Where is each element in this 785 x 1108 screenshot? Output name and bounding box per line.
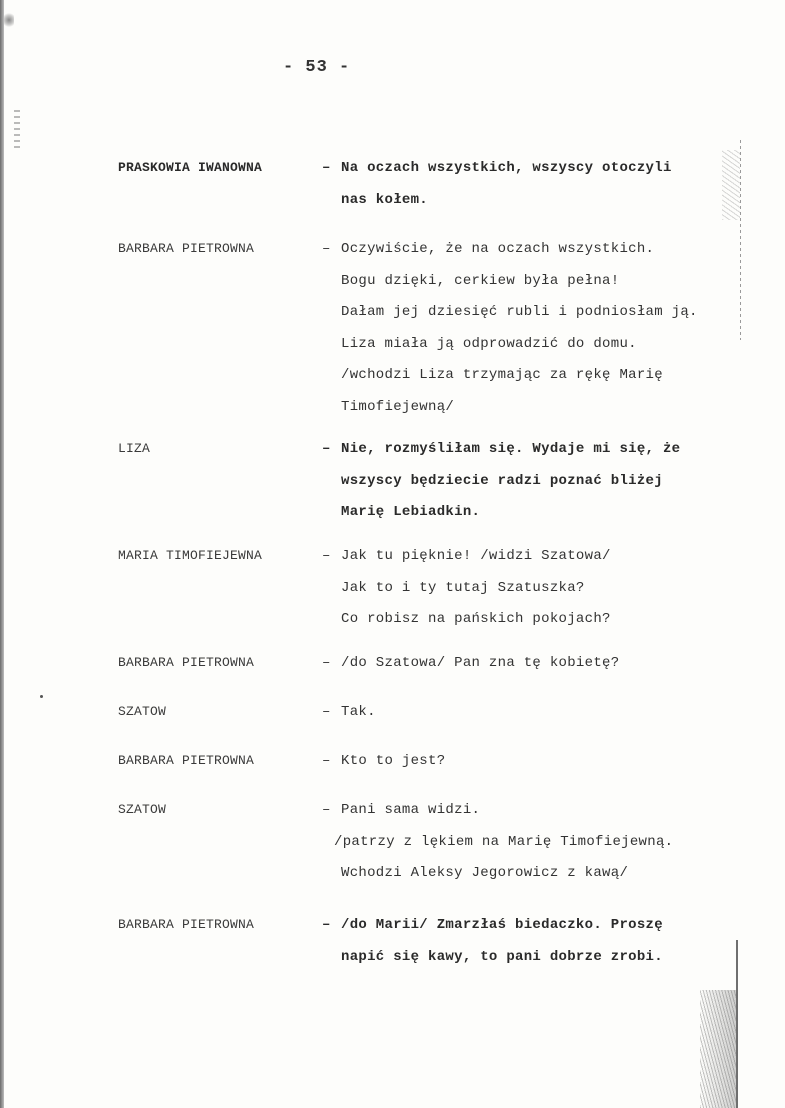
dash: – (322, 548, 341, 564)
speech-line: wszyscy będziecie radzi poznać bliżej (322, 473, 762, 505)
speech-text: –Na oczach wszystkich, wszyscy otoczyli … (322, 160, 762, 223)
speech-line: nas kołem. (322, 192, 762, 224)
speech-line: napić się kawy, to pani dobrze zrobi. (322, 949, 762, 981)
speech-line: Pani sama widzi. (341, 802, 480, 818)
speaker-name: BARBARA PIETROWNA (118, 241, 254, 256)
speech-text: –/do Szatowa/ Pan zna tę kobietę? (322, 655, 762, 687)
stage-direction: Timofiejewną/ (322, 399, 762, 431)
speaker-name: BARBARA PIETROWNA (118, 917, 254, 932)
speech-line: Jak to i ty tutaj Szatuszka? (322, 580, 762, 612)
speaker-name: SZATOW (118, 802, 166, 817)
dash: – (322, 704, 341, 720)
scan-specks (14, 110, 20, 150)
dash: – (322, 753, 341, 769)
speech-line: /do Szatowa/ Pan zna tę kobietę? (341, 655, 619, 671)
speech-line: Oczywiście, że na oczach wszystkich. (341, 241, 654, 257)
speech-text: –Kto to jest? (322, 753, 762, 785)
stage-direction: /wchodzi Liza trzymając za rękę Marię (322, 367, 762, 399)
speech-line: Co robisz na pańskich pokojach? (322, 611, 762, 643)
speaker-name: MARIA TIMOFIEJEWNA (118, 548, 262, 563)
speech-text: –/do Marii/ Zmarzłaś biedaczko. Proszę n… (322, 917, 762, 980)
speech-text: –Oczywiście, że na oczach wszystkich. Bo… (322, 241, 762, 430)
speech-line: Tak. (341, 704, 376, 720)
speech-line: Marię Lebiadkin. (322, 504, 762, 536)
speaker-name: BARBARA PIETROWNA (118, 753, 254, 768)
dash: – (322, 655, 341, 671)
speaker-name: LIZA (118, 441, 150, 456)
stage-direction: /patrzy z lękiem na Marię Timofiejewną. (322, 834, 762, 866)
dash: – (322, 802, 341, 818)
speech-text: –Nie, rozmyśliłam się. Wydaje mi się, że… (322, 441, 762, 536)
speech-text: –Pani sama widzi. /patrzy z lękiem na Ma… (322, 802, 762, 897)
speech-line: Na oczach wszystkich, wszyscy otoczyli (341, 160, 672, 176)
typewritten-page: - 53 - PRASKOWIA IWANOWNA –Na oczach wsz… (0, 0, 785, 1108)
scan-speck (40, 695, 43, 698)
speaker-name: SZATOW (118, 704, 166, 719)
page-number: - 53 - (283, 58, 350, 77)
speech-line: Dałam jej dziesięć rubli i podniosłam ją… (322, 304, 762, 336)
scan-smudge (4, 12, 14, 28)
speech-text: –Jak tu pięknie! /widzi Szatowa/ Jak to … (322, 548, 762, 643)
speaker-name: BARBARA PIETROWNA (118, 655, 254, 670)
speech-text: –Tak. (322, 704, 762, 736)
speaker-name: PRASKOWIA IWANOWNA (118, 160, 262, 175)
scan-binding-edge (0, 0, 4, 1108)
speech-line: Bogu dzięki, cerkiew była pełna! (322, 273, 762, 305)
dash: – (322, 160, 341, 176)
speech-line: /do Marii/ Zmarzłaś biedaczko. Proszę (341, 917, 663, 933)
speech-line: Liza miała ją odprowadzić do domu. (322, 336, 762, 368)
dash: – (322, 241, 341, 257)
dash: – (322, 441, 341, 457)
speech-line: Kto to jest? (341, 753, 445, 769)
speech-line: Jak tu pięknie! /widzi Szatowa/ (341, 548, 611, 564)
scan-noise-bottom (700, 990, 736, 1108)
stage-direction: Wchodzi Aleksy Jegorowicz z kawą/ (322, 865, 762, 897)
dash: – (322, 917, 341, 933)
speech-line: Nie, rozmyśliłam się. Wydaje mi się, że (341, 441, 680, 457)
